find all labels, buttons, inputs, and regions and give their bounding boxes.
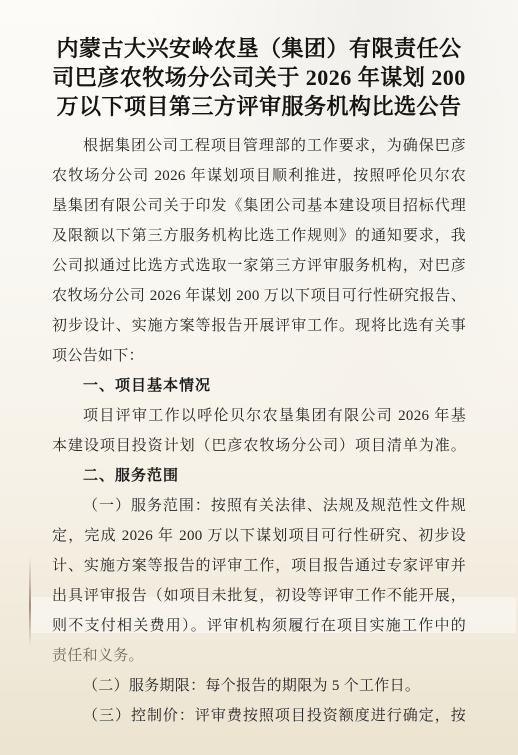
page-title: 内蒙古大兴安岭农垦（集团）有限责任公司巴彦农牧场分公司关于 2026 年谋划 2… — [50, 34, 468, 121]
text-line: 初步设计、实施方案等报告开展评审工作。现将比选有关事 — [52, 311, 466, 341]
title-line: 万以下项目第三方评审服务机构比选公告 — [50, 92, 468, 121]
text-line: 责任和义务。 — [52, 641, 466, 671]
text-line: （三）控制价：评审费按照项目投资额度进行确定，按 — [52, 701, 466, 731]
text-line: 及限额以下第三方服务机构比选工作规则》的通知要求，我 — [52, 221, 466, 251]
text-line: 垦集团有限公司关于印发《集团公司基本建设项目招标代理 — [52, 191, 466, 221]
text-line: （一）服务范围：按照有关法律、法规及规范性文件规 — [52, 491, 466, 521]
text-line: 则不支付相关费用）。评审机构须履行在项目实施工作中的 — [52, 611, 466, 641]
text-line: 根据集团公司工程项目管理部的工作要求，为确保巴彦 — [52, 131, 466, 161]
document-page: 内蒙古大兴安岭农垦（集团）有限责任公司巴彦农牧场分公司关于 2026 年谋划 2… — [0, 0, 518, 755]
title-line: 司巴彦农牧场分公司关于 2026 年谋划 200 — [50, 63, 468, 92]
text-line: 项目评审工作以呼伦贝尔农垦集团有限公司 2026 年基 — [52, 401, 466, 431]
document-body: 根据集团公司工程项目管理部的工作要求，为确保巴彦农牧场分公司 2026 年谋划项… — [52, 131, 466, 731]
scan-crease-artifact — [29, 556, 31, 646]
text-line: 本建设项目投资计划（巴彦农牧场分公司）项目清单为准。 — [52, 431, 466, 461]
text-line: 计、实施方案等报告的评审工作，项目报告通过专家评审并 — [52, 551, 466, 581]
text-line: 项公告如下： — [52, 341, 466, 371]
text-line: 定，完成 2026 年 200 万以下谋划项目可行性研究、初步设 — [52, 521, 466, 551]
text-line: 公司拟通过比选方式选取一家第三方评审服务机构，对巴彦 — [52, 251, 466, 281]
section-heading: 二、服务范围 — [52, 461, 466, 491]
section-heading: 一、项目基本情况 — [52, 371, 466, 401]
text-line: 出具评审报告（如项目未批复，初设等评审工作不能开展， — [52, 581, 466, 611]
text-line: 农牧场分公司 2026 年谋划 200 万以下项目可行性研究报告、 — [52, 281, 466, 311]
title-line: 内蒙古大兴安岭农垦（集团）有限责任公 — [50, 34, 468, 63]
text-line: （二）服务期限：每个报告的期限为 5 个工作日。 — [52, 671, 466, 701]
text-line: 农牧场分公司 2026 年谋划项目顺利推进，按照呼伦贝尔农 — [52, 161, 466, 191]
